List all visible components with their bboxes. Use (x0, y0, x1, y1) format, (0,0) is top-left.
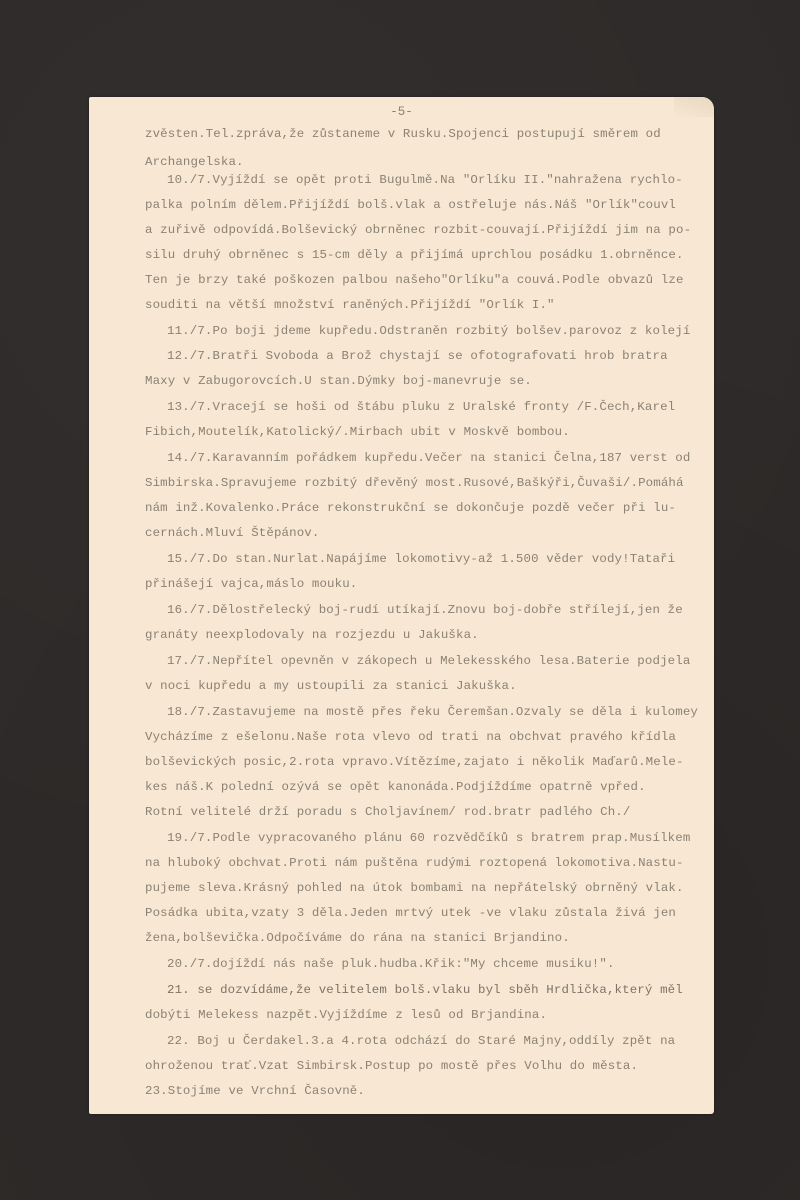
text-line: 15./7.Do stan.Nurlat.Napájíme lokomotivy… (167, 552, 675, 566)
text-line: bolševických posic,2.rota vpravo.Vítězím… (145, 755, 684, 769)
text-line: 10./7.Vyjíždí se opět proti Bugulmě.Na "… (167, 173, 683, 187)
text-line: 13./7.Vracejí se hoši od štábu pluku z U… (167, 400, 675, 414)
text-line: a zuřivě odpovídá.Bolševický obrněnec ro… (145, 223, 691, 237)
text-line: Archangelska. (145, 155, 244, 169)
text-line: zvěsten.Tel.zpráva,že zůstaneme v Rusku.… (145, 127, 661, 141)
text-line: granáty neexplodovaly na rozjezdu u Jaku… (145, 628, 479, 642)
text-line: Ten je brzy také poškozen palbou našeho"… (145, 273, 684, 287)
text-line: přinášejí vajca,máslo mouku. (145, 577, 357, 591)
text-line: 18./7.Zastavujeme na mostě přes řeku Čer… (167, 705, 698, 719)
text-line: Posádka ubita,vzaty 3 děla.Jeden mrtvý u… (145, 906, 676, 920)
text-line: nám inž.Kovalenko.Práce rekonstrukční se… (145, 501, 676, 515)
text-line: 21. se dozvídáme,že velitelem bolš.vlaku… (167, 983, 683, 997)
page-number: -5- (89, 105, 714, 119)
text-line: cernách.Mluví Štěpánov. (145, 526, 319, 540)
text-line: palka polním dělem.Přijíždí bolš.vlak a … (145, 198, 676, 212)
text-line: 11./7.Po boji jdeme kupředu.Odstraněn ro… (167, 324, 690, 338)
text-line: 20./7.dojíždí nás naše pluk.hudba.Křik:"… (167, 957, 615, 971)
text-line: ohroženou trať.Vzat Simbirsk.Postup po m… (145, 1059, 638, 1073)
text-line: 17./7.Nepřítel opevněn v zákopech u Mele… (167, 654, 690, 668)
text-line: 16./7.Dělostřelecký boj-rudí utíkají.Zno… (167, 603, 683, 617)
text-line: dobýti Melekess nazpět.Vyjíždíme z lesů … (145, 1008, 547, 1022)
typewritten-page: -5- zvěsten.Tel.zpráva,že zůstaneme v Ru… (89, 97, 714, 1114)
text-line: na hluboký obchvat.Proti nám puštěna rud… (145, 856, 684, 870)
text-line: 12./7.Bratři Svoboda a Brož chystají se … (167, 349, 668, 363)
text-line: Simbirska.Spravujeme rozbitý dřevěný mos… (145, 476, 684, 490)
text-line: kes náš.K polední ozývá se opět kanonáda… (145, 780, 646, 794)
text-line: Maxy v Zabugorovcích.U stan.Dýmky boj-ma… (145, 374, 532, 388)
text-line: Vycházíme z ešelonu.Naše rota vlevo od t… (145, 730, 676, 744)
text-line: v noci kupředu a my ustoupili za stanici… (145, 679, 517, 693)
text-line: souditi na větší množství raněných.Přijí… (145, 298, 555, 312)
text-line: 19./7.Podle vypracovaného plánu 60 rozvě… (167, 831, 690, 845)
text-line: Fibich,Moutelík,Katolický/.Mirbach ubit … (145, 425, 570, 439)
text-line: 14./7.Karavanním pořádkem kupředu.Večer … (167, 451, 690, 465)
text-line: pujeme sleva.Krásný pohled na útok bomba… (145, 881, 684, 895)
text-line: Rotní velitelé drží poradu s Choljavínem… (145, 805, 630, 819)
text-line: 23.Stojíme ve Vrchní Časovně. (145, 1084, 365, 1098)
text-line: silu druhý obrněnec s 15-cm děly a přijí… (145, 248, 684, 262)
text-line: 22. Boj u Čerdakel.3.a 4.rota odchází do… (167, 1034, 675, 1048)
text-line: žena,bolševička.Odpočíváme do rána na st… (145, 931, 570, 945)
